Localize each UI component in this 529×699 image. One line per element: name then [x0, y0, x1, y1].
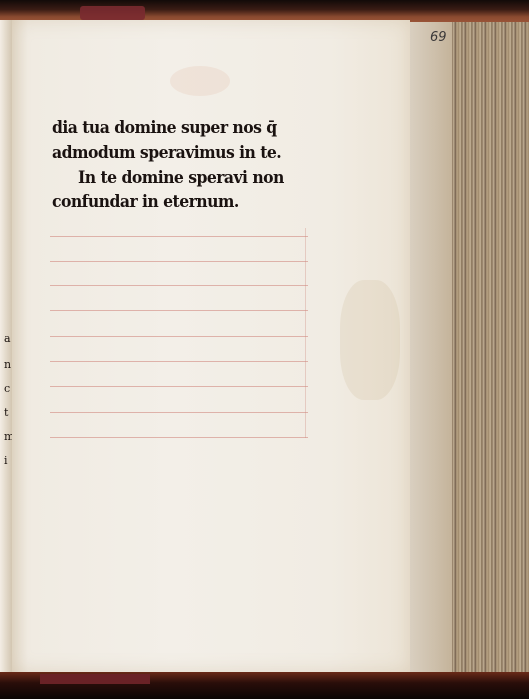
left-page-fragment: c — [4, 382, 10, 395]
page-stain — [170, 66, 230, 96]
ruled-line — [50, 336, 308, 337]
page-stain — [340, 280, 400, 400]
ruled-line — [50, 310, 308, 311]
ruled-line — [50, 386, 308, 387]
ruled-line — [50, 236, 308, 237]
left-page-fragment: t — [4, 406, 8, 419]
script-line-1: dia tua domine super nos q̄ — [52, 118, 277, 138]
ruled-line — [50, 361, 308, 362]
page-margin-shadow — [410, 22, 452, 672]
binding-bottom — [0, 672, 529, 699]
folio-number: 69 — [430, 30, 447, 45]
left-page-fragment: a — [4, 332, 11, 345]
page-stack-edge — [452, 22, 529, 672]
left-page-fragment: n — [4, 358, 11, 371]
binding-ribbon — [80, 6, 145, 20]
ruled-line — [50, 261, 308, 262]
ruled-line — [50, 412, 308, 413]
left-page-fragment: i — [4, 454, 8, 467]
ruled-line — [50, 437, 308, 438]
script-line-3: In te domine speravi non — [78, 168, 284, 188]
script-line-2: admodum speravimus in te. — [52, 143, 281, 163]
margin-ruling — [305, 228, 306, 438]
binding-ribbon — [40, 674, 150, 684]
script-line-4: confundar in eternum. — [52, 192, 239, 212]
ruled-line — [50, 285, 308, 286]
